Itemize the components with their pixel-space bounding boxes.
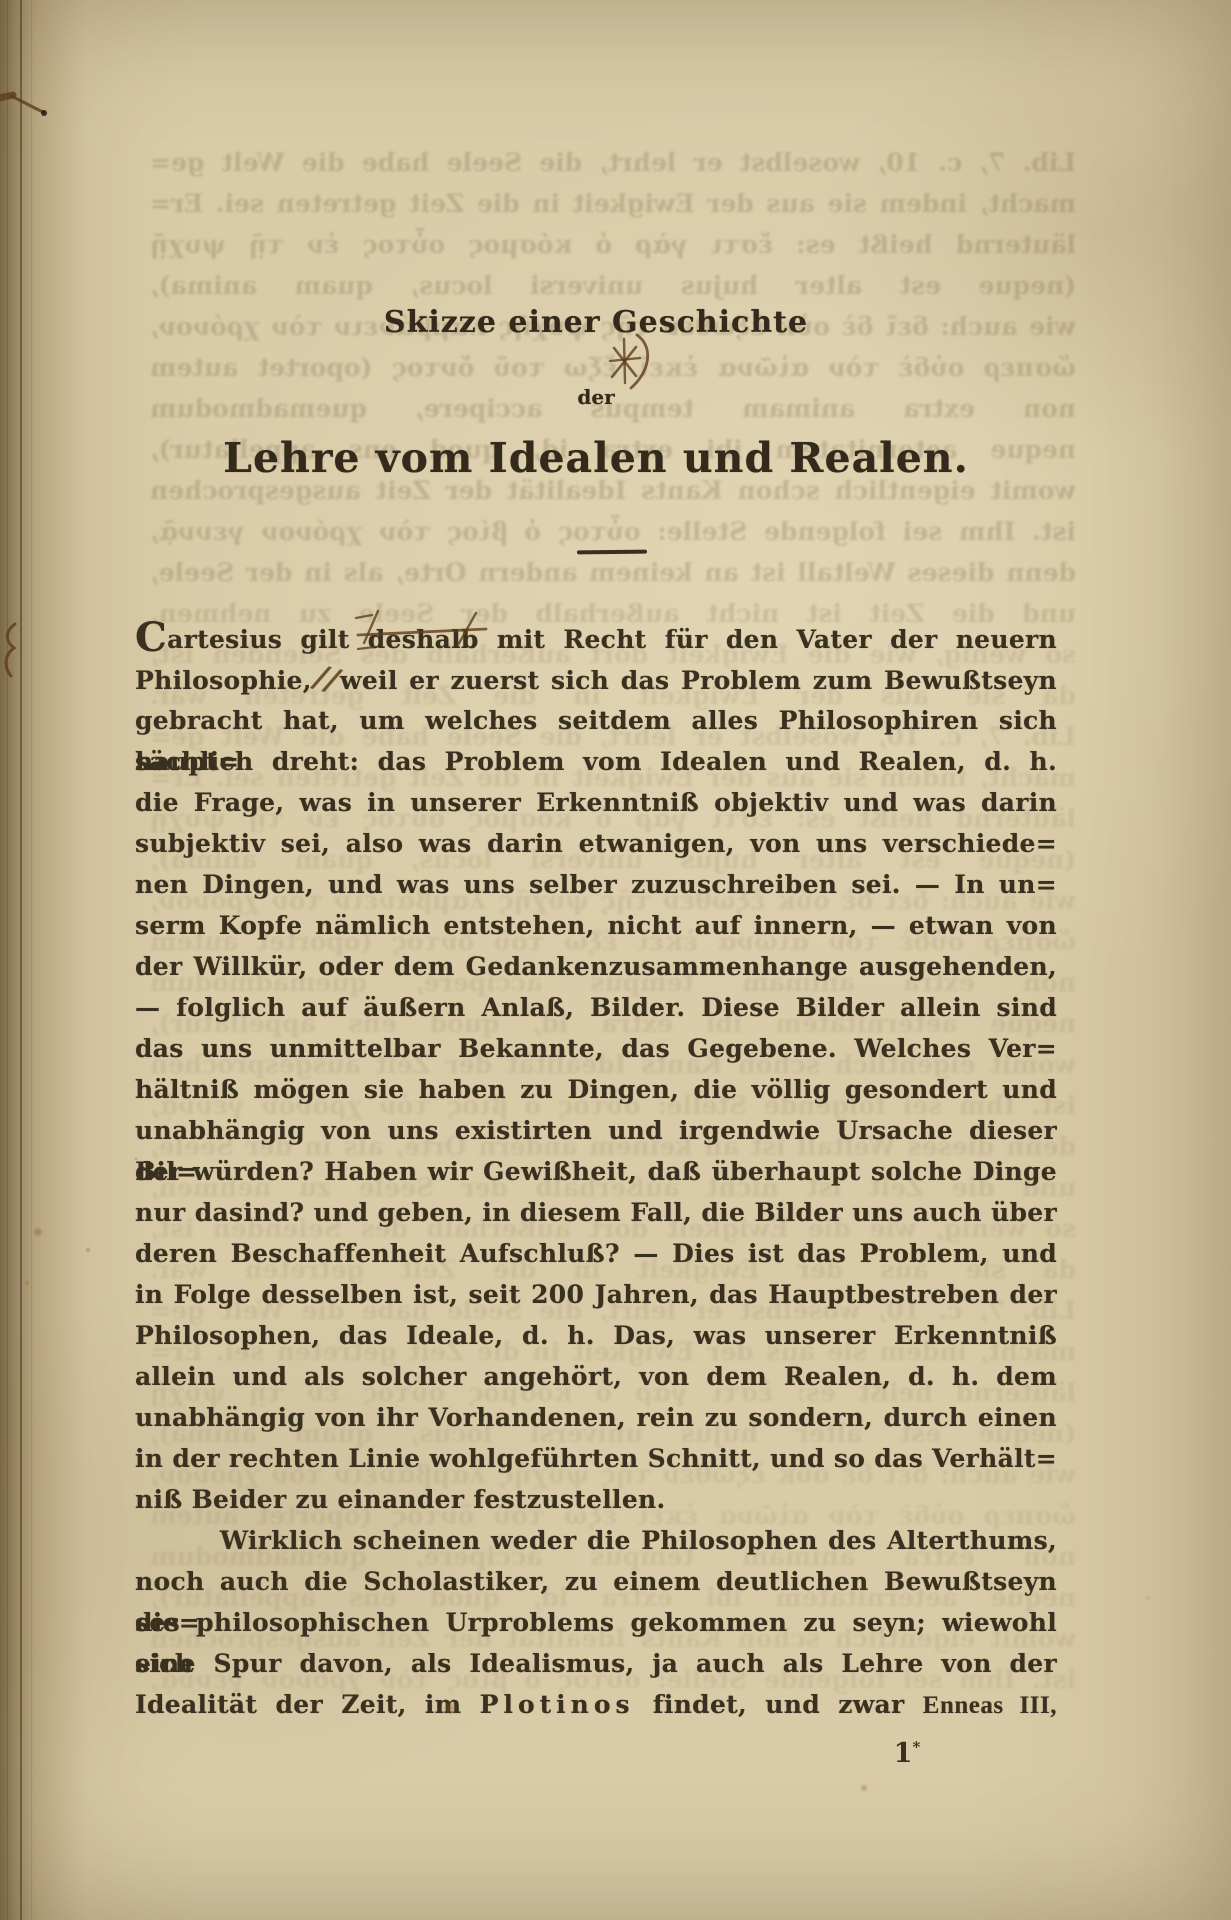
chapter-title-main: Lehre vom Idealen und Realen. (135, 434, 1057, 482)
text-line: gebracht hat, um welches seitdem alles P… (135, 700, 1057, 741)
text-line-first: Cartesius gilt deshalb mit Recht für den… (135, 618, 1057, 659)
text-line: (neque est alter hujus universi locus, q… (150, 265, 1076, 306)
signature-number: 1 (894, 1738, 913, 1769)
struck-word-text: deshalb (368, 625, 479, 654)
text-line-last: Idealität der Zeit, im Plotinos findet, … (135, 1684, 1057, 1725)
foxing-spot (134, 1157, 138, 1161)
chapter-title-connector: der (135, 385, 1057, 409)
foxing-spot (85, 1247, 91, 1253)
book-page-scan: Lib. 7, c. 10, woselbst er lehrt, die Se… (0, 0, 1231, 1920)
text-line: nur dasind? und geben, in diesem Fall, d… (135, 1192, 1057, 1233)
text-line: allein und als solcher angehört, von dem… (135, 1356, 1057, 1397)
antiqua-citation: Enneas III, (923, 1692, 1057, 1719)
text-line: der würden? Haben wir Gewißheit, daß übe… (135, 1151, 1057, 1192)
text-line: hältniß mögen sie haben zu Dingen, die v… (135, 1069, 1057, 1110)
text-line: denn dieses Weltall ist an keinem andern… (150, 552, 1076, 593)
text-line: unabhängig von ihr Vorhandenen, rein zu … (135, 1397, 1057, 1438)
text-line: subjektiv sei, also was darin etwanigen,… (135, 823, 1057, 864)
text-line: ist. Ihm sei folgende Stelle: οὗτος ὁ βί… (150, 511, 1076, 552)
text-line: Lib. 7, c. 10, woselbst er lehrt, die Se… (150, 142, 1076, 183)
text-line: in Folge desselben ist, seit 200 Jahren,… (135, 1274, 1057, 1315)
text-line: eine Spur davon, als Idealismus, ja auch… (135, 1643, 1057, 1684)
chapter-title-line: Skizze einer Geschichte (135, 305, 1057, 340)
foxing-spot (1145, 1595, 1151, 1601)
margin-ink-mark-icon (0, 86, 52, 128)
paragraph-1-lines: gebracht hat, um welches seitdem alles P… (135, 700, 1057, 1520)
page-gutter-edge-line (20, 0, 22, 1920)
text-span: artesius gilt (167, 625, 368, 654)
text-line-second: Philosophie,//weil er zuerst sich das Pr… (135, 659, 1057, 700)
text-line: der Willkür, oder dem Gedankenzusammenha… (135, 946, 1057, 987)
text-span: weil er zuerst sich das Problem zum Bewu… (340, 666, 1057, 695)
signature-mark: 1* (867, 1738, 947, 1769)
foxing-spot (33, 1227, 43, 1237)
text-line: läuternd heißt es: ἔστι γὰρ ὁ κόσμος οὗτ… (150, 224, 1076, 265)
text-span: Idealität der Zeit, im (135, 1690, 480, 1719)
margin-squiggle-mark-icon (0, 620, 22, 682)
text-line: unabhängig von uns existirten und irgend… (135, 1110, 1057, 1151)
foxing-spot (443, 1701, 457, 1715)
text-line: in der rechten Linie wohlgeführten Schni… (135, 1438, 1057, 1479)
page-gutter-edge-line (31, 0, 32, 1920)
page-gutter-edge-line (7, 0, 8, 1920)
text-line: — folglich auf äußern Anlaß, Bilder. Die… (135, 987, 1057, 1028)
text-line: macht, indem sie aus der Ewigkeit in die… (150, 183, 1076, 224)
text-line: Philosophen, das Ideale, d. h. Das, was … (135, 1315, 1057, 1356)
text-line: noch auch die Scholastiker, zu einem deu… (135, 1561, 1057, 1602)
text-span: mit Recht für den Vater der neuern (479, 625, 1057, 654)
letterspaced-name: Plotinos (480, 1690, 635, 1719)
struck-word: deshalb (368, 619, 479, 660)
text-line: Wirklich scheinen weder die Philosophen … (135, 1520, 1057, 1561)
text-line: ὥσπερ οὐδὲ τὸν αἰῶνα ἐκεῖ ἔξω τοῦ ὄντος … (150, 347, 1076, 388)
section-divider-rule (577, 550, 647, 555)
text-line: sächlich dreht: das Problem vom Idealen … (135, 741, 1057, 782)
text-line: nen Dingen, und was uns selber zuzuschre… (135, 864, 1057, 905)
foxing-spot (1006, 956, 1010, 960)
foxing-spot (860, 1784, 868, 1792)
drop-cap: C (135, 614, 167, 661)
paragraph-2-lines: Wirklich scheinen weder die Philosophen … (135, 1520, 1057, 1684)
signature-star: * (912, 1738, 920, 1756)
insertion-caret-mark: // (310, 657, 342, 702)
text-line: deren Beschaffenheit Aufschluß? — Dies i… (135, 1233, 1057, 1274)
text-line: die Frage, was in unserer Erkenntniß obj… (135, 782, 1057, 823)
text-line: serm Kopfe nämlich entstehen, nicht auf … (135, 905, 1057, 946)
text-span: Philosophie, (135, 666, 312, 695)
text-line: ses philosophischen Urproblems gekommen … (135, 1602, 1057, 1643)
text-span: findet, und zwar (635, 1690, 923, 1719)
text-line: das uns unmittelbar Bekannte, das Gegebe… (135, 1028, 1057, 1069)
body-text: Cartesius gilt deshalb mit Recht für den… (135, 618, 1057, 1725)
foxing-spot (24, 1280, 30, 1286)
text-line: niß Beider zu einander festzustellen. (135, 1479, 1057, 1520)
